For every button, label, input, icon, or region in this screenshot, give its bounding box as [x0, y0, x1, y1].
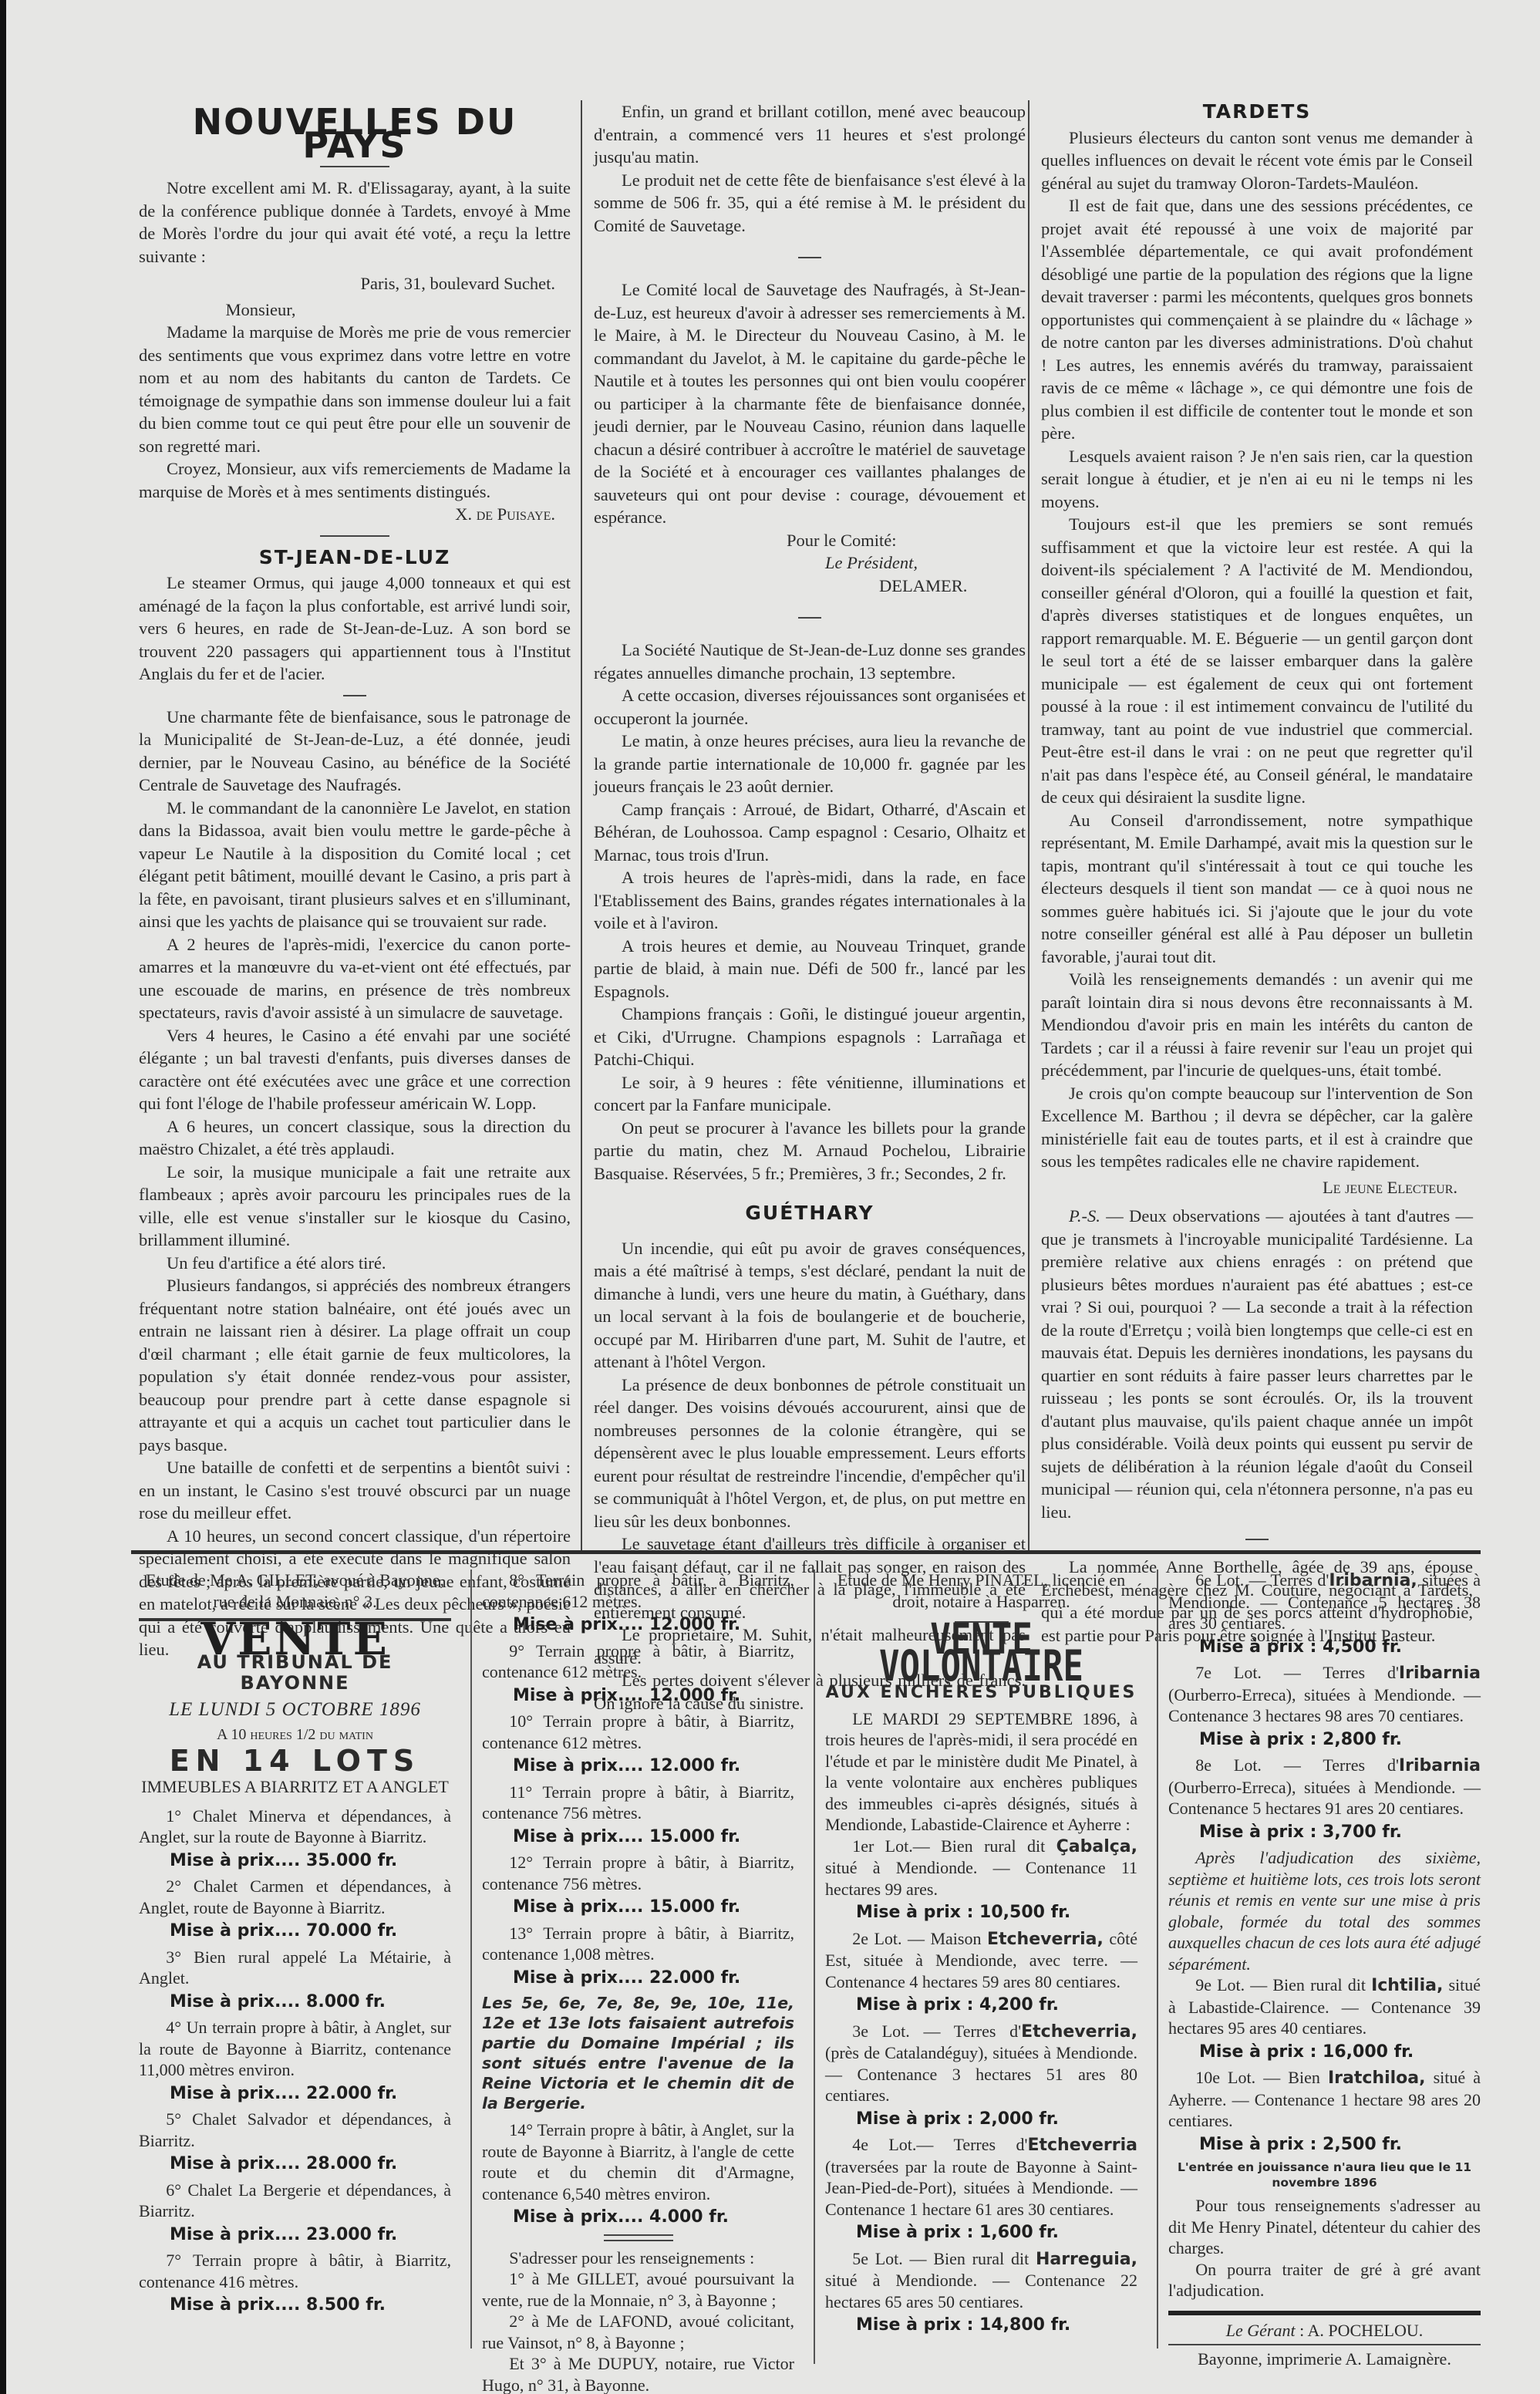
- lot-description: 10° Terrain propre à bâtir, à Biarritz, …: [482, 1711, 794, 1753]
- lot-price: Mise à prix : 2,800 fr.: [1168, 1729, 1481, 1751]
- column-rule: [1157, 1570, 1158, 2348]
- gerant-line: Le Gérant : A. POCHELOU.: [1168, 2311, 1481, 2346]
- lot-price: Mise à prix.... 15.000 fr.: [482, 1826, 794, 1848]
- signature-line: Pour le Comité:: [594, 529, 1026, 552]
- paragraph: Au Conseil d'arrondissement, notre sympa…: [1041, 809, 1473, 969]
- lot-description: 6e Lot. — Terres d'Iribarnia, situées à …: [1168, 1570, 1481, 1634]
- paragraph: Toujours est-il que les premiers se sont…: [1041, 513, 1473, 809]
- lot-price: Mise à prix.... 8.000 fr.: [139, 1991, 451, 2013]
- lot-description: 7e Lot. — Terres d'Iribarnia (Ourberro-E…: [1168, 1662, 1481, 1727]
- page-edge: [0, 0, 6, 2394]
- tribunal-heading: AU TRIBUNAL DE BAYONNE: [139, 1652, 451, 1694]
- lot-description: 5° Chalet Salvador et dépendances, à Bia…: [139, 2109, 451, 2151]
- property-name: Iratchiloa,: [1328, 2069, 1426, 2088]
- section-title-guethary: GUÉTHARY: [594, 1202, 1026, 1225]
- lot-description: 2° Chalet Carmen et dépendances, à Angle…: [139, 1876, 451, 1918]
- lot-price: Mise à prix.... 35.000 fr.: [139, 1850, 451, 1872]
- sale-intro: LE MARDI 29 SEPTEMBRE 1896, à trois heur…: [825, 1708, 1137, 1836]
- lot-description: 14° Terrain propre à bâtir, à Anglet, su…: [482, 2119, 794, 2204]
- paragraph: Un feu d'artifice a été alors tiré.: [139, 1252, 571, 1275]
- divider: [343, 695, 366, 696]
- lot-description: 4° Un terrain propre à bâtir, à Anglet, …: [139, 2017, 451, 2081]
- lot-price: Mise à prix.... 22.000 fr.: [139, 2083, 451, 2105]
- gerant-name: : A. POCHELOU.: [1299, 2321, 1423, 2340]
- lot-price: Mise à prix : 2,000 fr.: [825, 2109, 1137, 2130]
- lot-description: 5e Lot. — Bien rural dit Harreguia, situ…: [825, 2248, 1137, 2313]
- signature-line: Le Président,: [594, 551, 1026, 575]
- lot-description: 1er Lot.— Bien rural dit Çabalça, situé …: [825, 1836, 1137, 1900]
- property-name: Harreguia,: [1036, 2250, 1137, 2269]
- lot-price: Mise à prix.... 70.000 fr.: [139, 1920, 451, 1942]
- letter-salutation: Monsieur,: [139, 298, 571, 322]
- property-name: Çabalça,: [1056, 1837, 1137, 1856]
- divider: [798, 617, 821, 619]
- paragraph: A trois heures et demie, au Nouveau Trin…: [594, 935, 1026, 1003]
- section-title-tardets: TARDETS: [1041, 100, 1473, 123]
- contact-line: 1° à Me GILLET, avoué poursuivant la ven…: [482, 2268, 794, 2311]
- letter-address: Paris, 31, boulevard Suchet.: [139, 272, 555, 295]
- divider: [320, 166, 389, 167]
- paragraph: Vers 4 heures, le Casino a été envahi pa…: [139, 1024, 571, 1115]
- paragraph: Le Comité local de Sauvetage des Naufrag…: [594, 278, 1026, 529]
- lot-price: Mise à prix : 2,500 fr.: [1168, 2134, 1481, 2156]
- lot-price: Mise à prix.... 23.000 fr.: [139, 2224, 451, 2246]
- lots-note: Après l'adjudication des sixième, septiè…: [1168, 1847, 1481, 1974]
- property-name: Iribarnia: [1399, 1664, 1481, 1683]
- ad-pinatel-col2: 6e Lot. — Terres d'Iribarnia, situées à …: [1168, 1570, 1481, 2370]
- lot-price: Mise à prix : 1,600 fr.: [825, 2222, 1137, 2244]
- column-rule: [814, 1570, 815, 2364]
- lot-description: 10e Lot. — Bien Iratchiloa, situé à Ayhe…: [1168, 2067, 1481, 2132]
- lot-list: 1° Chalet Minerva et dépendances, à Angl…: [139, 1806, 451, 2316]
- paragraph: Plusieurs fandangos, si appréciés des no…: [139, 1274, 571, 1456]
- lot-price: Mise à prix : 14,800 fr.: [825, 2315, 1137, 2336]
- ps-text: — Deux observations — ajoutées à tant d'…: [1041, 1206, 1473, 1522]
- lot-price: Mise à prix : 16,000 fr.: [1168, 2042, 1481, 2063]
- paragraph: La Société Nautique de St-Jean-de-Luz do…: [594, 639, 1026, 684]
- lot-list: 9e Lot. — Bien rural dit Ichtilia, situé…: [1168, 1974, 1481, 2155]
- lots-heading: EN 14 LOTS: [139, 1751, 451, 1772]
- column-rule: [581, 100, 582, 1550]
- lot-description: 9° Terrain propre à bâtir, à Biarritz, c…: [482, 1640, 794, 1683]
- paragraph: A trois heures de l'après-midi, dans la …: [594, 866, 1026, 935]
- property-name: Iribarnia: [1399, 1756, 1481, 1775]
- column-rule: [1028, 100, 1029, 1550]
- lot-price: Mise à prix : 4,500 fr.: [1168, 1637, 1481, 1658]
- etude-line: Etude de Me A. GILLET, avoué à Bayonne, …: [139, 1570, 451, 1612]
- imprimerie-line: Bayonne, imprimerie A. Lamaignère.: [1168, 2348, 1481, 2370]
- contact-line: Pour tous renseignements s'adresser au d…: [1168, 2195, 1481, 2259]
- paragraph: A 2 heures de l'après-midi, l'exercice d…: [139, 933, 571, 1024]
- paragraph: A 6 heures, un concert classique, sous l…: [139, 1115, 571, 1161]
- jouissance-note: L'entrée en jouissance n'aura lieu que l…: [1168, 2160, 1481, 2190]
- paragraph: Camp français : Arroué, de Bidart, Othar…: [594, 798, 1026, 867]
- news-columns: NOUVELLES DU PAYS Notre excellent ami M.…: [131, 100, 1481, 1519]
- legal-notices: Etude de Me A. GILLET, avoué à Bayonne, …: [131, 1562, 1481, 2333]
- vente-heading: VENTE: [139, 1629, 451, 1651]
- lot-description: 8° Terrain propre à bâtir, à Biarritz, c…: [482, 1570, 794, 1612]
- paragraph: Le steamer Ormus, qui jauge 4,000 tonnea…: [139, 572, 571, 686]
- lot-description: 9e Lot. — Bien rural dit Ichtilia, situé…: [1168, 1974, 1481, 2039]
- paragraph: La présence de deux bonbonnes de pétrole…: [594, 1374, 1026, 1533]
- paragraph: Le matin, à onze heures précises, aura l…: [594, 730, 1026, 798]
- lot-price: Mise à prix.... 12.000 fr.: [482, 1685, 794, 1707]
- section-title-stjean: ST-JEAN-DE-LUZ: [139, 546, 571, 569]
- paragraph: Voilà les renseignements demandés : un a…: [1041, 968, 1473, 1082]
- ad-gillet-col2: 8° Terrain propre à bâtir, à Biarritz, c…: [482, 1570, 794, 2394]
- lot-description: 4e Lot.— Terres d'Etcheverria (traversée…: [825, 2134, 1137, 2220]
- lot-price: Mise à prix.... 12.000 fr.: [482, 1614, 794, 1636]
- paragraph: Le soir, à 9 heures : fête vénitienne, i…: [594, 1071, 1026, 1117]
- paragraph: M. le commandant de la canonnière Le Jav…: [139, 797, 571, 933]
- column-2: Enfin, un grand et brillant cotillon, me…: [594, 100, 1026, 1715]
- lot-description: 12° Terrain propre à bâtir, à Biarritz, …: [482, 1852, 794, 1894]
- lot-price: Mise à prix.... 8.500 fr.: [139, 2295, 451, 2316]
- property-name: Etcheverria: [1027, 2136, 1137, 2155]
- contact-line: On pourra traiter de gré à gré avant l'a…: [1168, 2259, 1481, 2301]
- paragraph: Une charmante fête de bienfaisance, sous…: [139, 706, 571, 797]
- letter-body: Madame la marquise de Morès me prie de v…: [139, 321, 571, 457]
- lot-description: 8e Lot. — Terres d'Iribarnia (Ourberro-E…: [1168, 1755, 1481, 1819]
- lot-price: Mise à prix.... 4.000 fr.: [482, 2207, 794, 2228]
- etude-line: Etude de Me Henry PINATEL, licencié en d…: [825, 1570, 1137, 1612]
- contact-line: 2° à Me de LAFOND, avoué colicitant, rue…: [482, 2311, 794, 2353]
- letter-closing: Croyez, Monsieur, aux vifs remerciements…: [139, 457, 571, 503]
- lot-description: 1° Chalet Minerva et dépendances, à Angl…: [139, 1806, 451, 1848]
- ad-gillet-col1: Etude de Me A. GILLET, avoué à Bayonne, …: [139, 1570, 451, 2321]
- paragraph: Lesquels avaient raison ? Je n'en sais r…: [1041, 445, 1473, 514]
- paragraph: Plusieurs électeurs du canton sont venus…: [1041, 126, 1473, 195]
- contact-intro: S'adresser pour les renseignements :: [482, 2247, 794, 2269]
- lot-description: 7° Terrain propre à bâtir, à Biarritz, c…: [139, 2250, 451, 2292]
- section-title-nouvelles: NOUVELLES DU PAYS: [139, 111, 571, 157]
- paragraph: Notre excellent ami M. R. d'Elissagaray,…: [139, 177, 571, 268]
- paragraph: Le soir, la musique municipale a fait un…: [139, 1161, 571, 1252]
- property-name: Etcheverria,: [987, 1930, 1104, 1949]
- property-name: Etcheverria,: [1021, 2022, 1137, 2042]
- lot-description: 3e Lot. — Terres d'Etcheverria, (près de…: [825, 2021, 1137, 2106]
- lot-list: 1er Lot.— Bien rural dit Çabalça, situé …: [825, 1836, 1137, 2336]
- horizontal-rule: [131, 1550, 1481, 1554]
- lot-description: 2e Lot. — Maison Etcheverria, côté Est, …: [825, 1928, 1137, 1993]
- paragraph: A cette occasion, diverses réjouissances…: [594, 684, 1026, 730]
- gerant-label: Le Gérant: [1226, 2321, 1296, 2340]
- lot-description: 3° Bien rural appelé La Métairie, à Angl…: [139, 1947, 451, 1989]
- divider: [1245, 1539, 1269, 1540]
- contact-line: Et 3° à Me DUPUY, notaire, rue Victor Hu…: [482, 2353, 794, 2394]
- paragraph: Je crois qu'on compte beaucoup sur l'int…: [1041, 1082, 1473, 1173]
- immeubles-heading: IMMEUBLES A BIARRITZ ET A ANGLET: [139, 1776, 451, 1798]
- paragraph: Une bataille de confetti et de serpentin…: [139, 1456, 571, 1525]
- column-rule: [470, 1570, 472, 2348]
- property-name: Iribarnia,: [1329, 1571, 1417, 1590]
- column-1: NOUVELLES DU PAYS Notre excellent ami M.…: [139, 100, 571, 1661]
- lot-list: 8° Terrain propre à bâtir, à Biarritz, c…: [482, 1570, 794, 1988]
- paragraph: Il est de fait que, dans une des session…: [1041, 194, 1473, 445]
- lot-price: Mise à prix.... 28.000 fr.: [139, 2153, 451, 2175]
- double-rule: [604, 2234, 673, 2241]
- postscript: P.-S. — Deux observations — ajoutées à t…: [1041, 1205, 1473, 1523]
- lot-price: Mise à prix : 4,200 fr.: [825, 1994, 1137, 2016]
- paragraph: Un incendie, qui eût pu avoir de graves …: [594, 1237, 1026, 1374]
- sale-time: A 10 heures 1/2 du matin: [139, 1725, 451, 1746]
- paragraph: Champions français : Goñi, le distingué …: [594, 1003, 1026, 1071]
- ad-pinatel-col1: Etude de Me Henry PINATEL, licencié en d…: [825, 1570, 1137, 2341]
- divider: [798, 257, 821, 258]
- sale-date: LE LUNDI 5 OCTOBRE 1896: [139, 1699, 451, 1721]
- property-name: Ichtilia,: [1371, 1976, 1443, 1995]
- ps-label: P.-S.: [1069, 1206, 1100, 1226]
- divider: [320, 535, 389, 537]
- paragraph: On peut se procurer à l'avance les bille…: [594, 1117, 1026, 1185]
- vente-volontaire-heading: VENTE VOLONTAIRE: [825, 1627, 1137, 1680]
- lot-description: 13° Terrain propre à bâtir, à Biarritz, …: [482, 1923, 794, 1965]
- paragraph: Le produit net de cette fête de bienfais…: [594, 169, 1026, 238]
- signature-name: DELAMER.: [594, 575, 1026, 598]
- lot-price: Mise à prix : 10,500 fr.: [825, 1902, 1137, 1924]
- paragraph: Enfin, un grand et brillant cotillon, me…: [594, 100, 1026, 169]
- lot-price: Mise à prix.... 12.000 fr.: [482, 1755, 794, 1777]
- letter-signature: X. de Puisaye.: [139, 503, 555, 526]
- lot-price: Mise à prix : 3,700 fr.: [1168, 1822, 1481, 1843]
- lots-note: Les 5e, 6e, 7e, 8e, 9e, 10e, 11e, 12e et…: [482, 1993, 794, 2113]
- lot-list: 6e Lot. — Terres d'Iribarnia, situées à …: [1168, 1570, 1481, 1843]
- lot-description: 11° Terrain propre à bâtir, à Biarritz, …: [482, 1782, 794, 1824]
- tardets-signature: Le jeune Electeur.: [1041, 1176, 1457, 1199]
- lot-price: Mise à prix.... 22.000 fr.: [482, 1967, 794, 1989]
- lot-price: Mise à prix.... 15.000 fr.: [482, 1897, 794, 1918]
- lot-description: 6° Chalet La Bergerie et dépendances, à …: [139, 2180, 451, 2222]
- column-3: TARDETS Plusieurs électeurs du canton so…: [1041, 100, 1473, 1647]
